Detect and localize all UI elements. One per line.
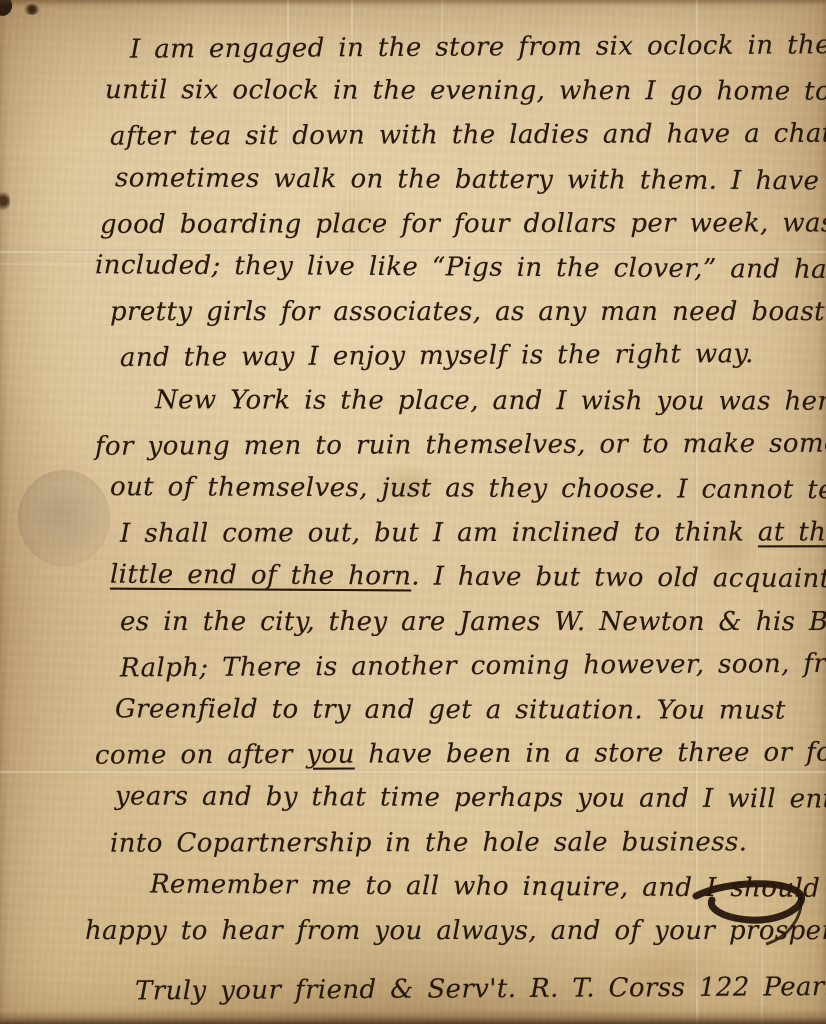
letter-line: included; they live like “Pigs in the cl… (95, 252, 826, 284)
letter-line: Ralph; There is another coming however, … (120, 650, 826, 681)
letter-text-segment: years and by that time perhaps you and I… (115, 782, 826, 815)
letter-page: I am engaged in the store from six ocloc… (0, 0, 826, 1024)
letter-text-segment: Greenfield to try and get a situation. Y… (115, 694, 786, 725)
letter-line: and the way I enjoy myself is the right … (120, 341, 754, 371)
letter-text-segment: Remember me to all who inquire, and I sh… (150, 869, 826, 904)
letter-line: good boarding place for four dollars per… (100, 210, 826, 238)
letter-line: happy to hear from you always, and of yo… (85, 918, 826, 944)
letter-text-segment: included; they live like “Pigs in the cl… (95, 250, 826, 286)
letter-text-segment: until six oclock in the evening, when I … (105, 75, 826, 107)
letter-line: I shall come out, but I am inclined to t… (120, 519, 826, 547)
letter-text-segment: pretty girls for associates, as any man … (110, 297, 826, 327)
letter-text-segment: for young men to ruin themselves, or to … (95, 428, 826, 461)
letter-line: for young men to ruin themselves, or to … (95, 430, 826, 459)
letter-text-segment: happy to hear from you always, and of yo… (85, 916, 826, 946)
letter-lines: I am engaged in the store from six ocloc… (0, 0, 826, 1024)
letter-text-segment: Ralph; There is another coming however, … (120, 648, 826, 683)
letter-text-segment: I shall come out, but I am inclined to t… (120, 518, 758, 549)
letter-line: out of themselves, just as they choose. … (110, 474, 826, 504)
letter-text-segment: sometimes walk on the battery with them.… (115, 163, 826, 196)
letter-line: I am engaged in the store from six ocloc… (130, 31, 826, 62)
letter-line: pretty girls for associates, as any man … (110, 299, 826, 325)
letter-text-segment: you (306, 740, 354, 770)
letter-text-segment: little end of the horn (110, 560, 411, 592)
letter-line: Remember me to all who inquire, and I sh… (150, 871, 826, 902)
letter-text-segment: into Copartnership in the hole sale busi… (110, 827, 747, 858)
letter-line: Greenfield to try and get a situation. Y… (115, 696, 786, 723)
letter-text-segment: come on after (95, 740, 307, 771)
letter-line: little end of the horn. I have but two o… (110, 562, 826, 593)
letter-line: come on after you have been in a store t… (95, 740, 826, 769)
letter-text-segment: after tea sit down with the ladies and h… (110, 119, 826, 152)
letter-text-segment: out of themselves, just as they choose. … (110, 472, 826, 506)
letter-text-segment: good boarding place for four dollars per… (100, 208, 826, 240)
letter-line: after tea sit down with the ladies and h… (110, 121, 826, 150)
letter-text-segment: at the (758, 517, 826, 547)
letter-line: Truly your friend & Serv't. R. T. Corss … (135, 960, 826, 1007)
letter-text-segment: I am engaged in the store from six ocloc… (130, 29, 826, 64)
letter-line: es in the city, they are James W. Newton… (120, 609, 826, 635)
letter-line: until six oclock in the evening, when I … (105, 77, 826, 105)
letter-text-segment: New York is the place, and I wish you wa… (155, 385, 826, 416)
letter-text-segment: have been in a store three or four (355, 738, 826, 770)
letter-line: sometimes walk on the battery with them.… (115, 165, 826, 194)
letter-text-segment: and the way I enjoy myself is the right … (120, 339, 754, 373)
letter-line: into Copartnership in the hole sale busi… (110, 829, 747, 856)
letter-line: years and by that time perhaps you and I… (115, 784, 826, 813)
letter-line: New York is the place, and I wish you wa… (155, 387, 826, 414)
letter-text-segment: Truly your friend & Serv't. R. T. Corss … (135, 972, 826, 1006)
letter-text-segment: es in the city, they are James W. Newton… (120, 607, 826, 637)
letter-text-segment: . I have but two old acquaintanc (411, 562, 826, 595)
letter-scan: { "page": { "paper_color": "#dcc49c", "i… (0, 0, 826, 1024)
